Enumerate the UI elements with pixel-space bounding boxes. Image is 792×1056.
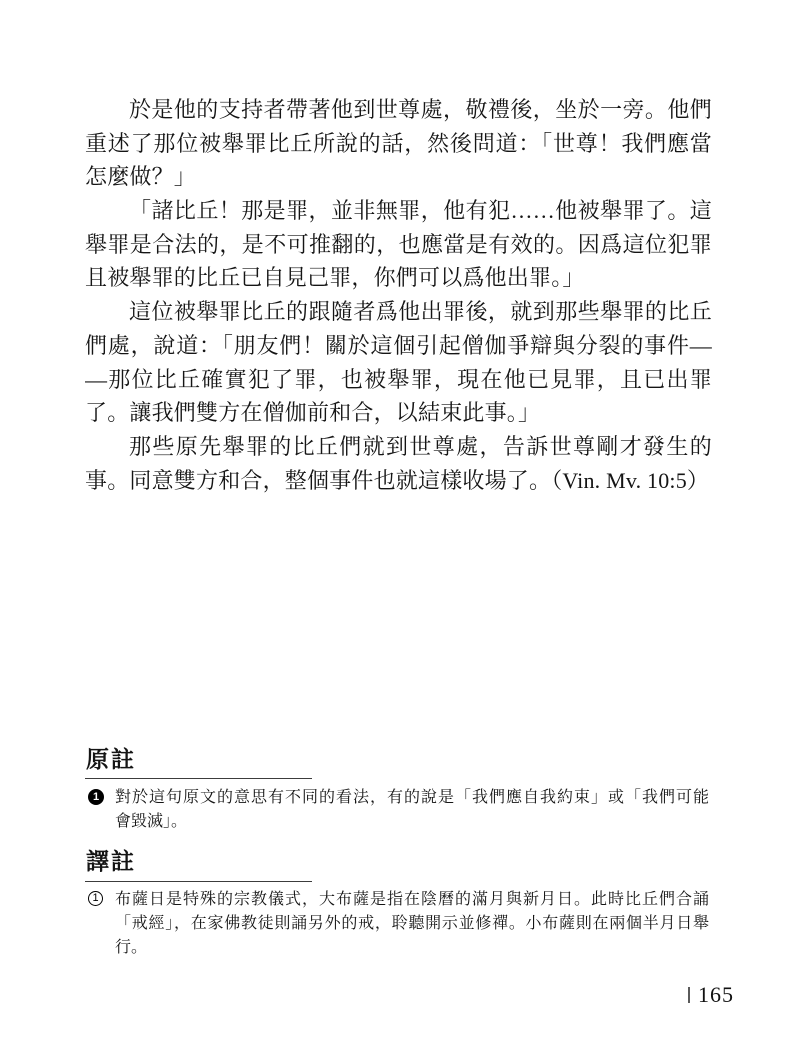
body-line: 事。同意雙方和合，整個事件也就這樣收場了。（Vin. Mv. 10:5）	[85, 464, 712, 498]
translator-notes-heading: 譯註	[86, 849, 136, 875]
body-line: 們處，說道：「朋友們！關於這個引起僧伽爭辯與分裂的事件—	[85, 329, 712, 363]
book-page: 於是他的支持者帶著他到世尊處，敬禮後，坐於一旁。他們 重述了那位被舉罪比丘所說的…	[0, 0, 792, 1056]
body-line: 舉罪是合法的，是不可推翻的，也應當是有效的。因爲這位犯罪	[85, 228, 712, 262]
page-number-divider	[688, 987, 690, 1003]
body-line: 了。讓我們雙方在僧伽前和合，以結束此事。」	[85, 396, 712, 430]
body-line: 且被舉罪的比丘已自見己罪，你們可以爲他出罪。」	[85, 261, 712, 295]
original-notes-heading: 原註	[86, 747, 136, 773]
body-text-block: 於是他的支持者帶著他到世尊處，敬禮後，坐於一旁。他們 重述了那位被舉罪比丘所說的…	[85, 93, 712, 497]
translator-note-item: 1 布薩日是特殊的宗教儀式，大布薩是指在陰曆的滿月與新月日。此時比丘們合誦 「戒…	[88, 888, 712, 960]
body-line: 於是他的支持者帶著他到世尊處，敬禮後，坐於一旁。他們	[85, 93, 712, 127]
filled-circle-number-icon: 1	[88, 789, 104, 805]
body-line: 那些原先舉罪的比丘們就到世尊處，告訴世尊剛才發生的	[85, 430, 712, 464]
section-rule	[85, 881, 312, 882]
body-line: 這位被舉罪比丘的跟隨者爲他出罪後，就到那些舉罪的比丘	[85, 295, 712, 329]
body-line: 重述了那位被舉罪比丘所說的話，然後問道：「世尊！我們應當	[85, 127, 712, 161]
note-line: 會毀滅」。	[115, 810, 709, 834]
section-rule	[85, 778, 312, 779]
original-note-item: 1 對於這句原文的意思有不同的看法，有的說是「我們應自我約束」或「我們可能 會毀…	[88, 786, 712, 834]
page-number: 165	[688, 984, 734, 1006]
note-body: 對於這句原文的意思有不同的看法，有的說是「我們應自我約束」或「我們可能 會毀滅」…	[115, 786, 709, 834]
note-line: 「戒經」，在家佛教徒則誦另外的戒，聆聽開示並修禪。小布薩則在兩個半月日舉	[115, 912, 709, 936]
note-line: 行。	[115, 936, 709, 960]
note-line: 對於這句原文的意思有不同的看法，有的說是「我們應自我約束」或「我們可能	[115, 786, 709, 810]
note-body: 布薩日是特殊的宗教儀式，大布薩是指在陰曆的滿月與新月日。此時比丘們合誦 「戒經」…	[115, 888, 709, 960]
outlined-circle-number-icon: 1	[88, 891, 103, 906]
body-line: —那位比丘確實犯了罪，也被舉罪，現在他已見罪，且已出罪	[85, 363, 712, 397]
note-line: 布薩日是特殊的宗教儀式，大布薩是指在陰曆的滿月與新月日。此時比丘們合誦	[115, 888, 709, 912]
page-number-value: 165	[698, 984, 734, 1006]
body-line: 「諸比丘！那是罪，並非無罪，他有犯……他被舉罪了。這	[85, 194, 712, 228]
body-line: 怎麼做？」	[85, 160, 712, 194]
